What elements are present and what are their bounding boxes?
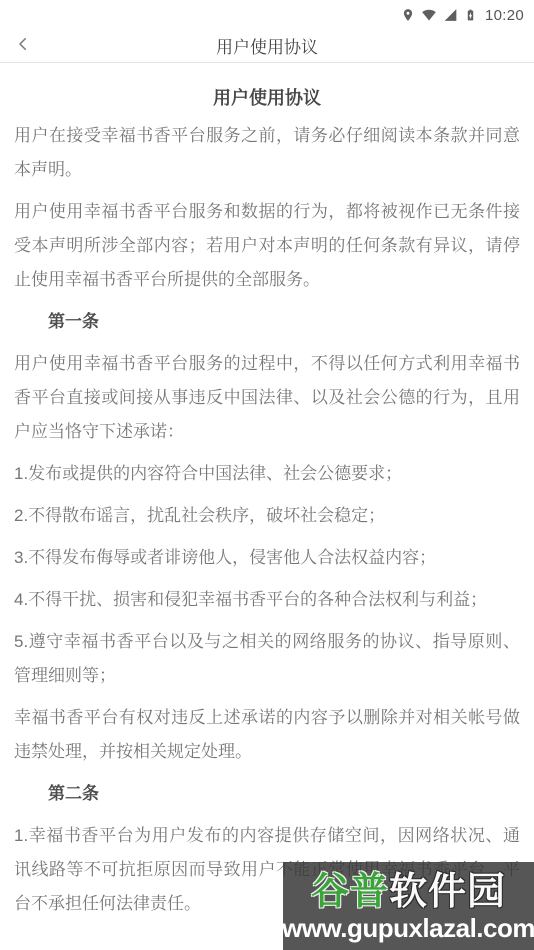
cellular-signal-icon [443,8,458,22]
agreement-scroll-area[interactable]: 用户使用协议 用户在接受幸福书香平台服务之前，请务必仔细阅读本条款并同意本声明。… [0,85,534,921]
status-time: 10:20 [485,7,524,24]
location-icon [401,8,415,22]
watermark-logo-white-text: 软件园 [389,871,506,913]
agreement-paragraph: 3.不得发布侮辱或者诽谤他人，侵害他人合法权益内容； [14,541,520,575]
wifi-icon [421,8,437,22]
agreement-paragraph: 用户在接受幸福书香平台服务之前，请务必仔细阅读本条款并同意本声明。 [14,119,520,187]
agreement-paragraph: 2.不得散布谣言，扰乱社会秩序，破坏社会稳定； [14,499,520,533]
app-screen: 10:20 用户使用协议 用户使用协议 用户在接受幸福书香平台服务之前，请务必仔… [0,0,534,950]
section-heading: 第一条 [14,305,520,339]
battery-charging-icon [464,7,477,23]
status-bar: 10:20 [0,0,534,28]
agreement-paragraph: 5.遵守幸福书香平台以及与之相关的网络服务的协议、指导原则、管理细则等； [14,625,520,693]
watermark-logo: 谷普软件园 [311,871,506,913]
agreement-body: 用户在接受幸福书香平台服务之前，请务必仔细阅读本条款并同意本声明。用户使用幸福书… [14,119,520,921]
agreement-paragraph: 幸福书香平台有权对违反上述承诺的内容予以删除并对相关帐号做违禁处理，并按相关规定… [14,701,520,769]
section-heading: 第二条 [14,777,520,811]
agreement-title: 用户使用协议 [14,85,520,111]
agreement-paragraph: 用户使用幸福书香平台服务和数据的行为，都将被视作已无条件接受本声明所涉全部内容；… [14,195,520,297]
watermark-logo-green-text: 谷普 [311,871,389,913]
watermark-url: www.gupuxlazal.com [282,913,534,943]
agreement-paragraph: 1.发布或提供的内容符合中国法律、社会公德要求； [14,457,520,491]
page-title: 用户使用协议 [0,28,534,62]
agreement-paragraph: 用户使用幸福书香平台服务的过程中，不得以任何方式利用幸福书香平台直接或间接从事违… [14,347,520,449]
nav-bar: 用户使用协议 [0,28,534,63]
agreement-paragraph: 4.不得干扰、损害和侵犯幸福书香平台的各种合法权利与利益； [14,583,520,617]
watermark-overlay: 谷普软件园 www.gupuxlazal.com [283,862,534,950]
